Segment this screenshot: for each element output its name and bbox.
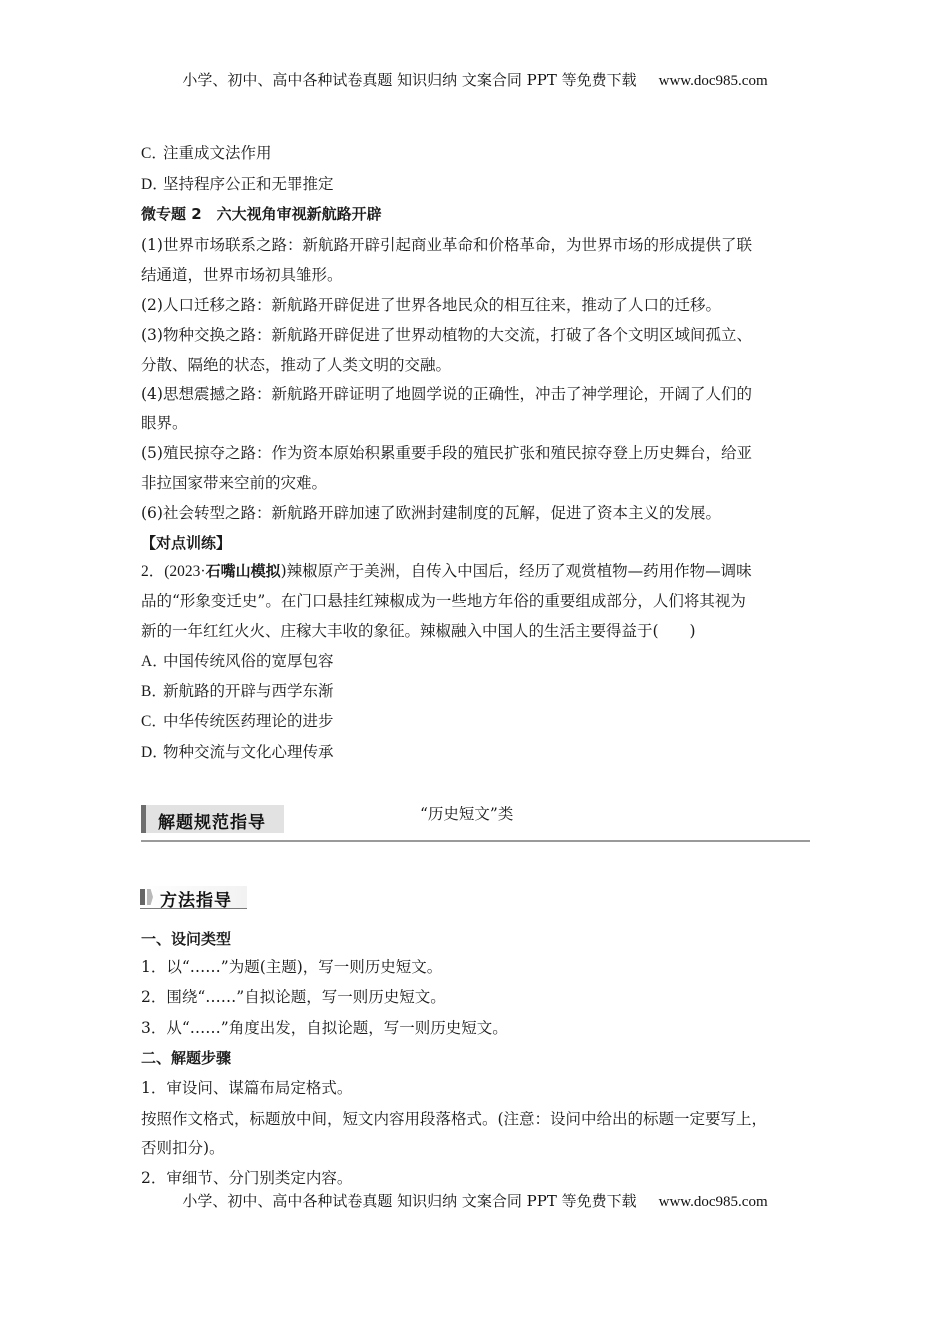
part2-line: 按照作文格式，标题放中间，短文内容用段落格式。(注意：设问中给出的标题一定要写上…: [141, 1109, 811, 1129]
banner-arrow-icon: [147, 889, 153, 905]
section-divider: [141, 840, 810, 842]
option-letter: D．: [141, 175, 163, 195]
topic-title: 微专题 2 六大视角审视新航路开辟: [141, 204, 811, 224]
topic-line: (2)人口迁移之路：新航路开辟促进了世界各地民众的相互往来，推动了人口的迁移。: [141, 295, 811, 315]
footer-text: 小学、初中、高中各种试卷真题 知识归纳 文案合同 PPT 等免费下载: [182, 1192, 636, 1210]
method-banner: 方法指导: [140, 886, 247, 909]
option-d: D．物种交流与文化心理传承: [141, 742, 811, 763]
header-site-link[interactable]: www.doc985.com: [659, 73, 768, 89]
option-text: 中华传统医药理论的进步: [163, 712, 334, 730]
part1-item: 1．以“……”为题(主题)，写一则历史短文。: [141, 957, 811, 977]
option-text: 坚持程序公正和无罪推定: [163, 175, 334, 193]
option-letter: B．: [141, 682, 163, 702]
option-letter: A．: [141, 652, 163, 672]
option-a: A．中国传统风俗的宽厚包容: [141, 651, 811, 672]
part2-line: 2．审细节、分门别类定内容。: [141, 1168, 811, 1188]
method-banner-label: 方法指导: [160, 886, 232, 911]
part1-item: 3．从“……”角度出发，自拟论题，写一则历史短文。: [141, 1018, 811, 1038]
practice-label: 【对点训练】: [141, 533, 811, 553]
option-text: 注重成文法作用: [163, 144, 272, 162]
header-text: 小学、初中、高中各种试卷真题 知识归纳 文案合同 PPT 等免费下载: [182, 71, 636, 89]
topic-line: (5)殖民掠夺之路：作为资本原始积累重要手段的殖民扩张和殖民掠夺登上历史舞台，给…: [141, 443, 811, 463]
option-text: 中国传统风俗的宽厚包容: [163, 652, 334, 670]
topic-line: 分散、隔绝的状态，推动了人类文明的交融。: [141, 355, 811, 375]
topic-line: (6)社会转型之路：新航路开辟加速了欧洲封建制度的瓦解，促进了资本主义的发展。: [141, 503, 811, 523]
section-banner: 解题规范指导: [141, 805, 284, 833]
option-text: 物种交流与文化心理传承: [163, 743, 334, 761]
option-text: 新航路的开辟与西学东渐: [163, 682, 334, 700]
question-text: )辣椒原产于美洲，自传入中国后，经历了观赏植物—药用作物—调味: [281, 562, 752, 580]
topic-line: (1)世界市场联系之路：新航路开辟引起商业革命和价格革命，为世界市场的形成提供了…: [141, 235, 811, 255]
page-footer: 小学、初中、高中各种试卷真题 知识归纳 文案合同 PPT 等免费下载www.do…: [0, 1190, 950, 1211]
option-d: D．坚持程序公正和无罪推定: [141, 174, 811, 195]
footer-site-link[interactable]: www.doc985.com: [659, 1194, 768, 1210]
question-line: 2．(2023·石嘴山模拟)辣椒原产于美洲，自传入中国后，经历了观赏植物—药用作…: [141, 561, 811, 582]
option-b: B．新航路的开辟与西学东渐: [141, 681, 811, 702]
topic-line: 非拉国家带来空前的灾难。: [141, 473, 811, 493]
part1-title: 一、设问类型: [141, 929, 811, 949]
option-letter: D．: [141, 743, 163, 763]
question-line: 品的“形象变迁史”。在门口悬挂红辣椒成为一些地方年俗的重要组成部分，人们将其视为: [141, 591, 811, 611]
part2-line: 1．审设问、谋篇布局定格式。: [141, 1078, 811, 1098]
section-subtitle: “历史短文”类: [420, 802, 513, 824]
option-letter: C．: [141, 144, 163, 164]
topic-line: 结通道，世界市场初具雏形。: [141, 265, 811, 285]
part2-line: 否则扣分)。: [141, 1138, 811, 1158]
option-letter: C．: [141, 712, 163, 732]
part1-item: 2．围绕“……”自拟论题，写一则历史短文。: [141, 987, 811, 1007]
question-source: 石嘴山模拟: [206, 562, 281, 580]
topic-line: (4)思想震撼之路：新航路开辟证明了地圆学说的正确性，冲击了神学理论，开阔了人们…: [141, 384, 811, 404]
topic-line: (3)物种交换之路：新航路开辟促进了世界动植物的大交流，打破了各个文明区域间孤立…: [141, 325, 811, 345]
part2-title: 二、解题步骤: [141, 1048, 811, 1068]
option-c: C．注重成文法作用: [141, 143, 811, 164]
question-source-prefix: (2023·: [164, 563, 205, 580]
option-c: C．中华传统医药理论的进步: [141, 711, 811, 732]
section-banner-label: 解题规范指导: [158, 808, 266, 833]
topic-line: 眼界。: [141, 413, 811, 433]
banner-bar-icon: [140, 889, 145, 905]
question-number: 2．: [141, 563, 164, 580]
page-header: 小学、初中、高中各种试卷真题 知识归纳 文案合同 PPT 等免费下载www.do…: [0, 69, 950, 90]
question-line: 新的一年红红火火、庄稼大丰收的象征。辣椒融入中国人的生活主要得益于( ): [141, 621, 811, 641]
